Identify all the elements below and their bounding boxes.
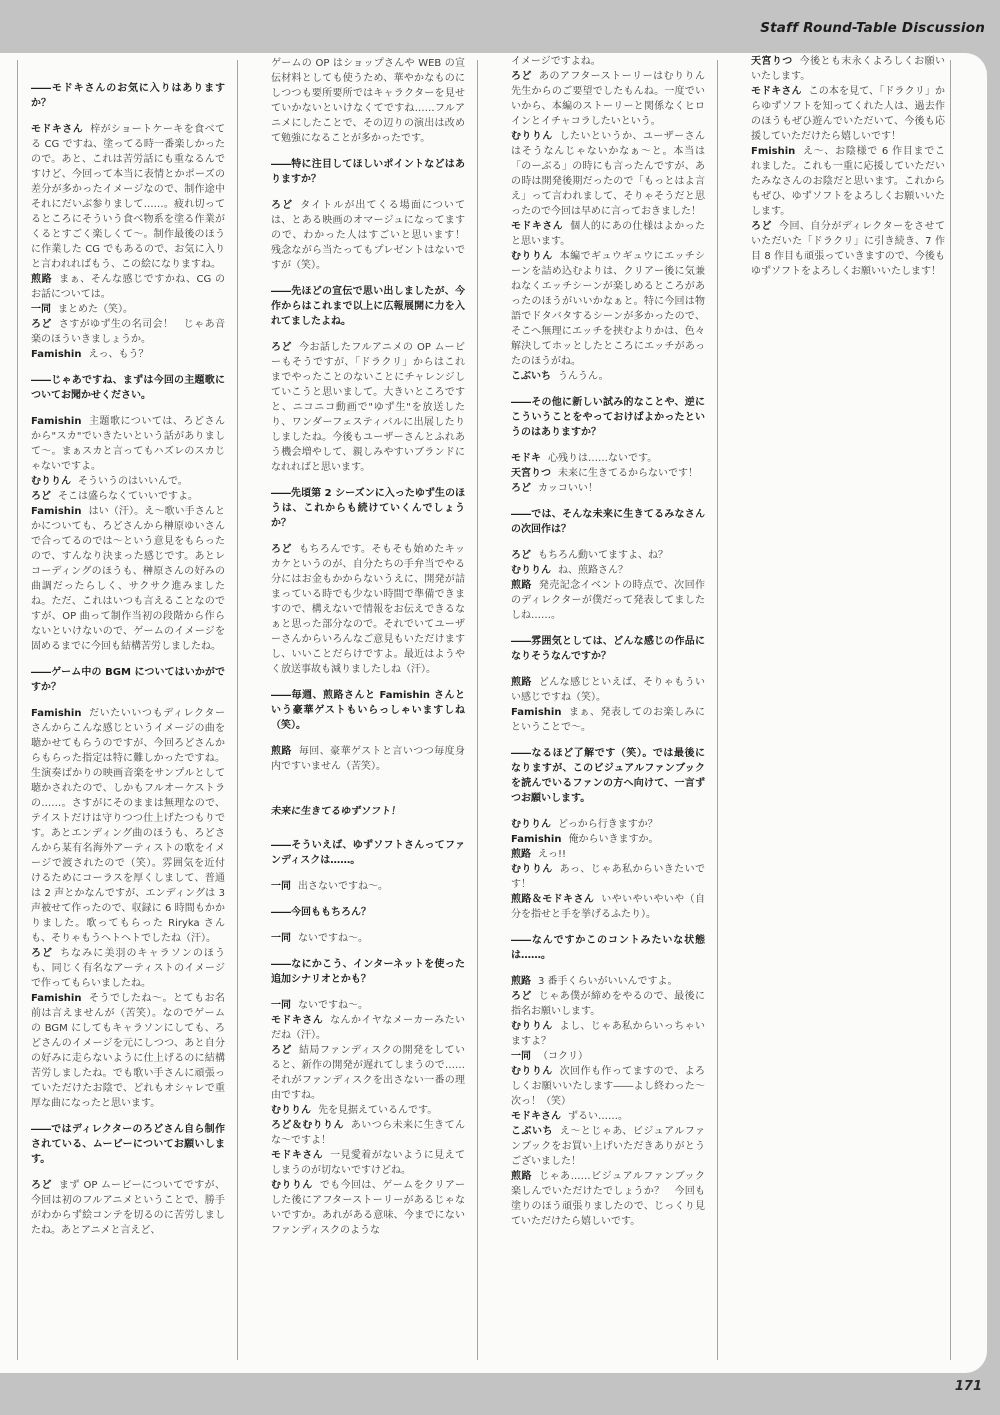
speech-paragraph: 一同（コクリ） xyxy=(511,1049,705,1064)
speech-paragraph: ろど今回、自分がディレクターをさせていただいた「ドラクリ」に引き続き、7 作目 … xyxy=(751,219,945,279)
speech-paragraph: ろどちなみに美羽のキャラソンのほうも、同じく有名なアーティストのイメージで作って… xyxy=(31,946,225,991)
speaker-name: モドキさん xyxy=(511,221,570,232)
question-text: ――なにかこう、インターネットを使った追加シナリオとかも？ xyxy=(271,959,465,985)
speech-text: 先を見据えているんです。 xyxy=(318,1105,437,1116)
speech-text: じゃあ……ビジュアルファンブック楽しんでいただけたでしょうか？ 今回も塗りのほう… xyxy=(511,1171,705,1227)
column-rule-left xyxy=(17,60,18,1360)
speech-text: ずるい……。 xyxy=(568,1111,628,1122)
speech-paragraph: Famishinまぁ、発表してのお楽しみにということで～。 xyxy=(511,705,705,735)
speech-text: （コクリ） xyxy=(538,1051,588,1062)
speaker-name: むりりん xyxy=(511,819,558,830)
speech-text: 出さないですね～。 xyxy=(298,881,388,892)
page-number: 171 xyxy=(955,1379,982,1394)
question-text: ――ゲーム中の BGM についてはいかがですか？ xyxy=(31,667,225,693)
speaker-name: 煎路 xyxy=(511,1171,539,1182)
speech-text: 未来に生きてるからないです！ xyxy=(558,468,698,479)
interviewer-question: ――先頃第 2 シーズンに入ったゆず生のほうは、これからも続けていくんでしょうか… xyxy=(271,486,465,531)
speaker-name: 煎路 xyxy=(511,580,539,591)
speech-paragraph: Famishin主題歌については、ろどさんから"スカ"でいきたいという話がありま… xyxy=(31,414,225,474)
speech-text: もちろん動いてますよ、ね？ xyxy=(538,550,668,561)
speech-text: ちなみに美羽のキャラソンのほうも、同じく有名なアーティストのイメージで作ってもら… xyxy=(31,948,225,989)
speech-paragraph: 一同ないですね～。 xyxy=(271,998,465,1013)
speaker-name: むりりん xyxy=(511,131,560,142)
speech-paragraph: むりりん先を見据えているんです。 xyxy=(271,1103,465,1118)
speech-text: 本編でギュウギュウにエッチシーンを詰め込むよりは、クリアー後に気兼ねなくエッチシ… xyxy=(511,251,705,367)
interviewer-question: ――では、そんな未来に生きてるみなさんの次回作は？ xyxy=(511,507,705,537)
speaker-name: モドキさん xyxy=(511,1111,568,1122)
speaker-name: 一同 xyxy=(511,1051,538,1062)
speaker-name: 煎路 xyxy=(31,274,59,285)
column-rule-right xyxy=(950,60,951,1360)
speech-paragraph: ろどタイトルが出てくる場面については、とある映画のオマージュになってますので、わ… xyxy=(271,198,465,273)
speaker-name: ろど xyxy=(511,71,539,82)
interviewer-question: ――なにかこう、インターネットを使った追加シナリオとかも？ xyxy=(271,957,465,987)
speech-paragraph: むりりんあっ、じゃあ私からいきたいです！ xyxy=(511,862,705,892)
speech-paragraph: 天宮りつ未来に生きてるからないです！ xyxy=(511,466,705,481)
question-text: ――そういえば、ゆずソフトさんってファンディスクは……。 xyxy=(271,840,465,866)
speaker-name: Famishin xyxy=(31,416,88,427)
speech-text: そういうのはいいんで。 xyxy=(78,476,188,487)
speaker-name: 煎路 xyxy=(271,746,299,757)
speech-paragraph: 煎路3 番手くらいがいいんですよ。 xyxy=(511,974,705,989)
speech-paragraph: むりりんでも今回は、ゲームをクリアーした後にアフターストーリーがあるじゃないです… xyxy=(271,1178,465,1238)
speech-text: カッコいい！ xyxy=(538,483,598,494)
question-text: ――なるほど了解です（笑）。では最後になりますが、このビジュアルファンブックを読… xyxy=(511,748,705,804)
question-text: ――先頃第 2 シーズンに入ったゆず生のほうは、これからも続けていくんでしょうか… xyxy=(271,488,465,529)
interviewer-question: ――そういえば、ゆずソフトさんってファンディスクは……。 xyxy=(271,838,465,868)
speech-text: 毎回、豪華ゲストと言いつつ毎度身内ですいません（苦笑）。 xyxy=(271,746,465,772)
speech-text: どんな感じといえば、そりゃもういい感じですね（笑）。 xyxy=(511,677,705,703)
speech-paragraph: ろどもちろんです。そもそも始めたキッカケというのが、自分たちの手弁当でやる分には… xyxy=(271,542,465,677)
speaker-name: むりりん xyxy=(31,476,78,487)
speech-text: ね、煎路さん？ xyxy=(558,565,628,576)
speech-paragraph: ろどカッコいい！ xyxy=(511,481,705,496)
speaker-name: こぶいち xyxy=(511,1126,560,1137)
speech-paragraph: 煎路まぁ、そんな感じですかね、CG のお話については。 xyxy=(31,272,225,302)
interviewer-question: ――雰囲気としては、どんな感じの作品になりそうなんですか？ xyxy=(511,634,705,664)
column-3: イメージですよね。ろどあのアフターストーリーはむりりん先生からのご要望でしたもん… xyxy=(511,54,705,1359)
speech-paragraph: むりりん本編でギュウギュウにエッチシーンを詰め込むよりは、クリアー後に気兼ねなく… xyxy=(511,249,705,369)
speech-paragraph: 一同出さないですね～。 xyxy=(271,879,465,894)
speech-paragraph: モドキさんずるい……。 xyxy=(511,1109,705,1124)
speech-paragraph: 煎路じゃあ……ビジュアルファンブック楽しんでいただけたでしょうか？ 今回も塗りの… xyxy=(511,1169,705,1229)
speech-paragraph: ろどじゃあ僕が締めをやるので、最後に指名お願いします。 xyxy=(511,989,705,1019)
question-text: ――先ほどの宣伝で思い出しましたが、今作からはこれまで以上に広報展開に力を入れて… xyxy=(271,286,465,327)
speaker-name: 煎路＆モドキさん xyxy=(511,894,601,905)
speaker-name: ろど＆むりりん xyxy=(271,1120,351,1131)
speech-text: ゲームの OP はショップさんや WEB の宣伝材料としても使うため、華やかなも… xyxy=(271,58,465,144)
paragraph-continuation: ゲームの OP はショップさんや WEB の宣伝材料としても使うため、華やかなも… xyxy=(271,56,465,146)
question-text: ――ではディレクターのろどさん自ら制作されている、ムービーについてお願いします。 xyxy=(31,1124,225,1165)
speech-text: 3 番手くらいがいいんですよ。 xyxy=(538,976,678,987)
speaker-name: ろど xyxy=(31,319,59,330)
speaker-name: 天宮りつ xyxy=(751,56,800,67)
speech-paragraph: モドキさん梓がショートケーキを食べてる CG ですね、塗ってる時一番楽しかったの… xyxy=(31,122,225,272)
speech-text: えっ、もう？ xyxy=(88,349,148,360)
speech-text: ないですね～。 xyxy=(298,933,368,944)
question-text: ――今回ももちろん？ xyxy=(271,907,371,918)
speech-text: 心残りは……ないです。 xyxy=(548,453,657,464)
speaker-name: ろど xyxy=(31,491,58,502)
speaker-name: Famishin xyxy=(511,707,568,718)
question-text: ――雰囲気としては、どんな感じの作品になりそうなんですか？ xyxy=(511,636,705,662)
interviewer-question: ――ゲーム中の BGM についてはいかがですか？ xyxy=(31,665,225,695)
speaker-name: モドキさん xyxy=(271,1015,330,1026)
speech-paragraph: むりりんそういうのはいいんで。 xyxy=(31,474,225,489)
speaker-name: むりりん xyxy=(271,1105,318,1116)
speech-paragraph: モドキさんこの本を見て、「ドラクリ」からゆずソフトを知ってくれた人は、過去作のほ… xyxy=(751,84,945,144)
speaker-name: むりりん xyxy=(511,1021,560,1032)
column-2: ゲームの OP はショップさんや WEB の宣伝材料としても使うため、華やかなも… xyxy=(271,56,465,1359)
speaker-name: 一同 xyxy=(271,1000,298,1011)
speech-text: そこは盛らなくていいですよ。 xyxy=(58,491,198,502)
speech-text: えっ!! xyxy=(538,849,566,860)
speaker-name: モドキさん xyxy=(271,1150,330,1161)
interviewer-question: ――毎週、煎路さんと Famishin さんという豪華ゲストもいらっしゃいますし… xyxy=(271,688,465,733)
speech-text: そうでしたね～。とてもお名前は言えませんが（苦笑）。なのでゲームの BGM にし… xyxy=(31,993,225,1109)
interviewer-question: ――なるほど了解です（笑）。では最後になりますが、このビジュアルファンブックを読… xyxy=(511,746,705,806)
question-text: ――その他に新しい試み的なことや、逆にこういうことをやっておけばよかったというの… xyxy=(511,397,705,438)
speech-text: 梓がショートケーキを食べてる CG ですね、塗ってる時一番楽しかったので。あと、… xyxy=(31,124,225,270)
speech-paragraph: ろどさすがゆず生の名司会！ じゃあ音楽のほういきましょうか。 xyxy=(31,317,225,347)
speaker-name: ろど xyxy=(31,1180,59,1191)
speaker-name: ろど xyxy=(271,544,299,555)
speech-paragraph: Famishin俺からいきますか。 xyxy=(511,832,705,847)
question-text: ――では、そんな未来に生きてるみなさんの次回作は？ xyxy=(511,509,705,535)
speech-paragraph: ろどそこは盛らなくていいですよ。 xyxy=(31,489,225,504)
speech-text: イメージですよね。 xyxy=(511,56,601,67)
speech-text: まず OP ムービーについてですが、今回は初のフルアニメということで、勝手がわか… xyxy=(31,1180,225,1236)
interviewer-question: ――特に注目してほしいポイントなどはありますか？ xyxy=(271,157,465,187)
speaker-name: Famishin xyxy=(511,834,568,845)
question-text: ――毎週、煎路さんと Famishin さんという豪華ゲストもいらっしゃいますし… xyxy=(271,690,465,731)
speaker-name: 一同 xyxy=(271,933,298,944)
speech-paragraph: 煎路毎回、豪華ゲストと言いつつ毎度身内ですいません（苦笑）。 xyxy=(271,744,465,774)
speech-text: まぁ、そんな感じですかね、CG のお話については。 xyxy=(31,274,225,300)
speaker-name: ろど xyxy=(271,342,299,353)
speech-text: はい（汗）。え～歌い手さんとかについても、ろどさんから榊原ゆいさんで合ってるので… xyxy=(31,506,225,652)
speaker-name: ろど xyxy=(31,948,60,959)
speaker-name: むりりん xyxy=(511,251,560,262)
speech-paragraph: こぶいちえ～とじゃあ、ビジュアルファンブックをお買い上げいただきありがとうござい… xyxy=(511,1124,705,1169)
speaker-name: 天宮りつ xyxy=(511,468,558,479)
speech-paragraph: Famishinえっ、もう？ xyxy=(31,347,225,362)
speaker-name: むりりん xyxy=(271,1180,320,1191)
speaker-name: 煎路 xyxy=(511,677,539,688)
speech-paragraph: むりりんどっから行きますか？ xyxy=(511,817,705,832)
speech-paragraph: モドキさん個人的にあの仕様はよかったと思います。 xyxy=(511,219,705,249)
speech-paragraph: ろどまず OP ムービーについてですが、今回は初のフルアニメということで、勝手が… xyxy=(31,1178,225,1238)
speech-paragraph: Famishinだいたいいつもディレクターさんからこんな感じというイメージの曲を… xyxy=(31,706,225,946)
speaker-name: ろど xyxy=(511,991,539,1002)
speech-paragraph: むりりんよし、じゃあ私からいっちゃいますよ？ xyxy=(511,1019,705,1049)
speaker-name: ろど xyxy=(511,483,538,494)
speech-text: 結局ファンディスクの開発をしていると、新作の開発が遅れてしまうので……それがファ… xyxy=(271,1045,465,1101)
speech-paragraph: 煎路発売記念イベントの時点で、次回作のディレクターが僕だって発表してましたしね…… xyxy=(511,578,705,623)
speech-paragraph: 煎路えっ!! xyxy=(511,847,705,862)
interviewer-question: ――その他に新しい試み的なことや、逆にこういうことをやっておけばよかったというの… xyxy=(511,395,705,440)
speaker-name: Famishin xyxy=(31,993,88,1004)
speech-paragraph: 天宮りつ今後とも末永くよろしくお願いいたします。 xyxy=(751,54,945,84)
speaker-name: Famishin xyxy=(31,708,88,719)
speech-paragraph: 一同まとめた（笑）。 xyxy=(31,302,225,317)
speech-text: うんうん。 xyxy=(558,371,609,382)
speech-text: 発売記念イベントの時点で、次回作のディレクターが僕だって発表してましたしね……。 xyxy=(511,580,705,621)
speech-paragraph: Fmishinえ～、お陰様で 6 作目までこれました。これも一重に応援していただ… xyxy=(751,144,945,219)
column-rule-1-2 xyxy=(237,60,238,1360)
speech-text: じゃあ僕が締めをやるので、最後に指名お願いします。 xyxy=(511,991,705,1017)
interviewer-question: ――ではディレクターのろどさん自ら制作されている、ムービーについてお願いします。 xyxy=(31,1122,225,1167)
speech-paragraph: Famishinそうでしたね～。とてもお名前は言えませんが（苦笑）。なのでゲーム… xyxy=(31,991,225,1111)
speech-paragraph: むりりん次回作も作ってますので、よろしくお願いいたします――よし終わった～次っ！… xyxy=(511,1064,705,1109)
speaker-name: むりりん xyxy=(511,864,560,875)
speech-paragraph: ろど今お話したフルアニメの OP ムービーもそうですが、「ドラクリ」からはこれま… xyxy=(271,340,465,475)
speech-paragraph: ろどもちろん動いてますよ、ね？ xyxy=(511,548,705,563)
speech-paragraph: モドキさん一見愛着がないように見えてしまうのが切ないですけどね。 xyxy=(271,1148,465,1178)
speaker-name: 煎路 xyxy=(511,849,538,860)
question-text: ――なんですかこのコントみたいな状態は……。 xyxy=(511,935,705,961)
speech-text: 今お話したフルアニメの OP ムービーもそうですが、「ドラクリ」からはこれまでや… xyxy=(271,342,465,473)
speech-text: 今回、自分がディレクターをさせていただいた「ドラクリ」に引き続き、7 作目 8 … xyxy=(751,221,945,277)
speech-paragraph: むりりんね、煎路さん？ xyxy=(511,563,705,578)
speech-text: 俺からいきますか。 xyxy=(568,834,658,845)
speech-text: もちろんです。そもそも始めたキッカケというのが、自分たちの手弁当でやる分にはお金… xyxy=(271,544,465,675)
speech-paragraph: ろどあのアフターストーリーはむりりん先生からのご要望でしたもんね。一度でいいから… xyxy=(511,69,705,129)
speech-paragraph: モドキさんなんかイヤなメーカーみたいだね（汗）。 xyxy=(271,1013,465,1043)
speaker-name: こぶいち xyxy=(511,371,558,382)
section-heading: 未来に生きてるゆずソフト！ xyxy=(271,804,465,819)
speaker-name: ろど xyxy=(271,1045,299,1056)
column-rule-3-4 xyxy=(717,60,718,1360)
interviewer-question: ――なんですかこのコントみたいな状態は……。 xyxy=(511,933,705,963)
speech-paragraph: 煎路どんな感じといえば、そりゃもういい感じですね（笑）。 xyxy=(511,675,705,705)
speaker-name: むりりん xyxy=(511,1066,560,1077)
speaker-name: 一同 xyxy=(31,304,58,315)
question-text: ――特に注目してほしいポイントなどはありますか？ xyxy=(271,159,465,185)
speaker-name: モドキ xyxy=(511,453,548,464)
interviewer-question: ――先ほどの宣伝で思い出しましたが、今作からはこれまで以上に広報展開に力を入れて… xyxy=(271,284,465,329)
speech-text: ないですね～。 xyxy=(298,1000,368,1011)
speaker-name: むりりん xyxy=(511,565,558,576)
speaker-name: Famishin xyxy=(31,349,88,360)
column-rule-2-3 xyxy=(477,60,478,1360)
speaker-name: モドキさん xyxy=(31,124,90,135)
speaker-name: Fmishin xyxy=(751,146,802,157)
speech-text: タイトルが出てくる場面については、とある映画のオマージュになってますので、わかっ… xyxy=(271,200,465,271)
interviewer-question: ――今回ももちろん？ xyxy=(271,905,465,920)
question-text: ――モドキさんのお気に入りはありますか？ xyxy=(31,83,225,109)
speech-paragraph: モドキ心残りは……ないです。 xyxy=(511,451,705,466)
question-text: ――じゃあですね、まずは今回の主題歌についてお聞かせください。 xyxy=(31,375,225,401)
speech-paragraph: Famishinはい（汗）。え～歌い手さんとかについても、ろどさんから榊原ゆいさ… xyxy=(31,504,225,654)
speech-text: あのアフターストーリーはむりりん先生からのご要望でしたもんね。一度でいいから、本… xyxy=(511,71,705,127)
speech-paragraph: 煎路＆モドキさんいやいやいやいや（自分を指せと手を挙げるふたり）。 xyxy=(511,892,705,922)
heading-text: 未来に生きてるゆずソフト！ xyxy=(271,804,402,819)
paragraph-continuation: イメージですよね。 xyxy=(511,54,705,69)
speech-paragraph: ろど結局ファンディスクの開発をしていると、新作の開発が遅れてしまうので……それが… xyxy=(271,1043,465,1103)
speech-paragraph: ろど＆むりりんあいつら未来に生きてんな～ですよ！ xyxy=(271,1118,465,1148)
speech-text: まとめた（笑）。 xyxy=(58,304,133,315)
speaker-name: モドキさん xyxy=(751,86,809,97)
column-1: ――モドキさんのお気に入りはありますか？モドキさん梓がショートケーキを食べてる … xyxy=(31,81,225,1359)
speech-text: さすがゆず生の名司会！ じゃあ音楽のほういきましょうか。 xyxy=(31,319,225,345)
page-header-title: Staff Round-Table Discussion xyxy=(760,20,985,36)
speech-paragraph: こぶいちうんうん。 xyxy=(511,369,705,384)
speech-text: どっから行きますか？ xyxy=(558,819,658,830)
speech-paragraph: 一同ないですね～。 xyxy=(271,931,465,946)
speaker-name: ろど xyxy=(751,221,779,232)
interviewer-question: ――じゃあですね、まずは今回の主題歌についてお聞かせください。 xyxy=(31,373,225,403)
speaker-name: Famishin xyxy=(31,506,88,517)
speaker-name: ろど xyxy=(511,550,538,561)
speaker-name: 一同 xyxy=(271,881,298,892)
speaker-name: ろど xyxy=(271,200,300,211)
column-4: 天宮りつ今後とも末永くよろしくお願いいたします。モドキさんこの本を見て、「ドラク… xyxy=(751,54,945,1359)
interviewer-question: ――モドキさんのお気に入りはありますか？ xyxy=(31,81,225,111)
speech-text: したいというか、ユーザーさんはそうなんじゃないかなぁ～と。本当は「のーぶる」の時… xyxy=(511,131,705,217)
speaker-name: 煎路 xyxy=(511,976,538,987)
speech-paragraph: むりりんしたいというか、ユーザーさんはそうなんじゃないかなぁ～と。本当は「のーぶ… xyxy=(511,129,705,219)
speech-text: だいたいいつもディレクターさんからこんな感じというイメージの曲を聴かせてもらうの… xyxy=(31,708,225,944)
